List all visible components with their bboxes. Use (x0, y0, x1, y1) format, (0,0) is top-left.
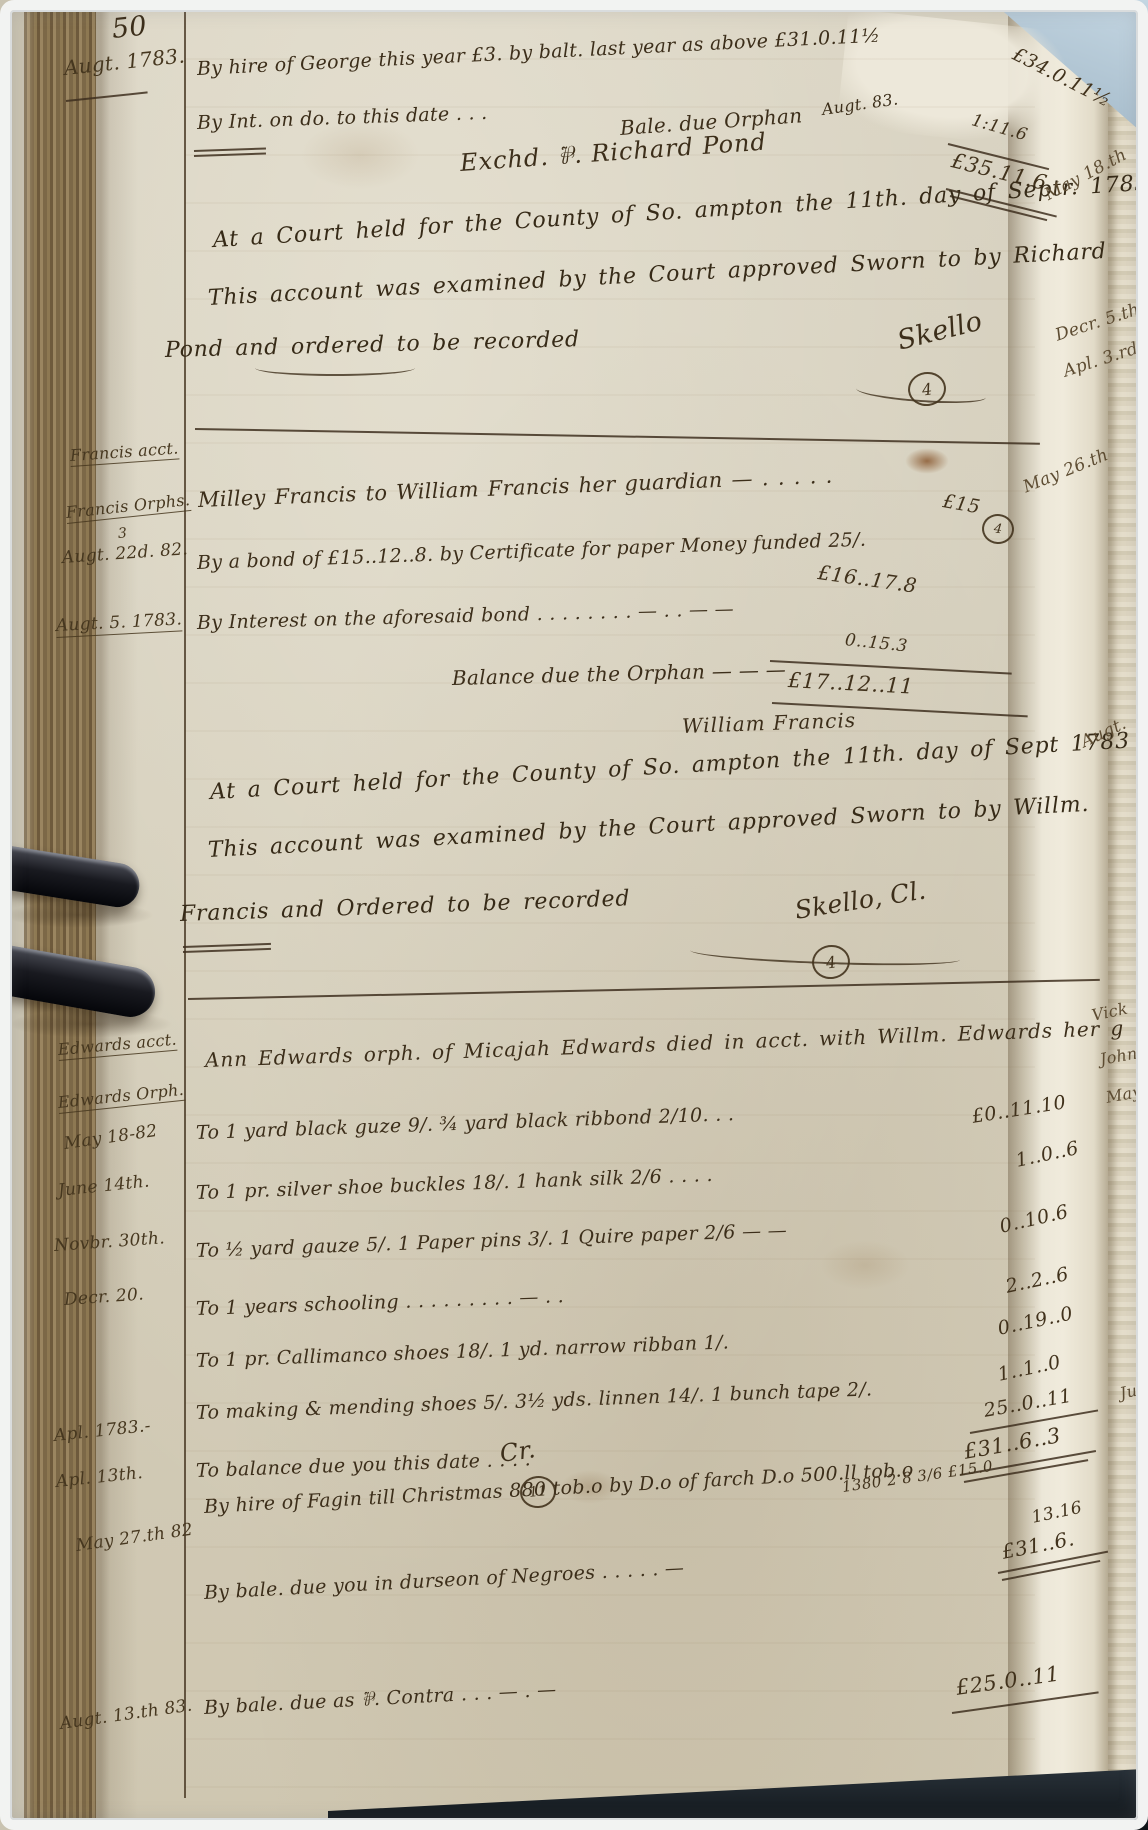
margin-stray-numeral: 3 (117, 525, 127, 542)
page-stack-edge (1108, 0, 1148, 1800)
credit-mark: Cr. (498, 1435, 537, 1468)
ledger-photo-screenshot: 50 Augt. 1783. By hire of George this ye… (0, 0, 1148, 1830)
photo-area: 50 Augt. 1783. By hire of George this ye… (0, 0, 1148, 1830)
ink-blot (905, 448, 949, 474)
flourish-arc (255, 360, 415, 376)
page-number: 50 (110, 10, 148, 44)
paper-stain (820, 1240, 910, 1290)
next-page-fragment: Ju (1118, 1381, 1139, 1403)
ring-shadow (8, 1010, 173, 1038)
paper-stain (300, 120, 420, 190)
ring-shadow (4, 902, 154, 928)
